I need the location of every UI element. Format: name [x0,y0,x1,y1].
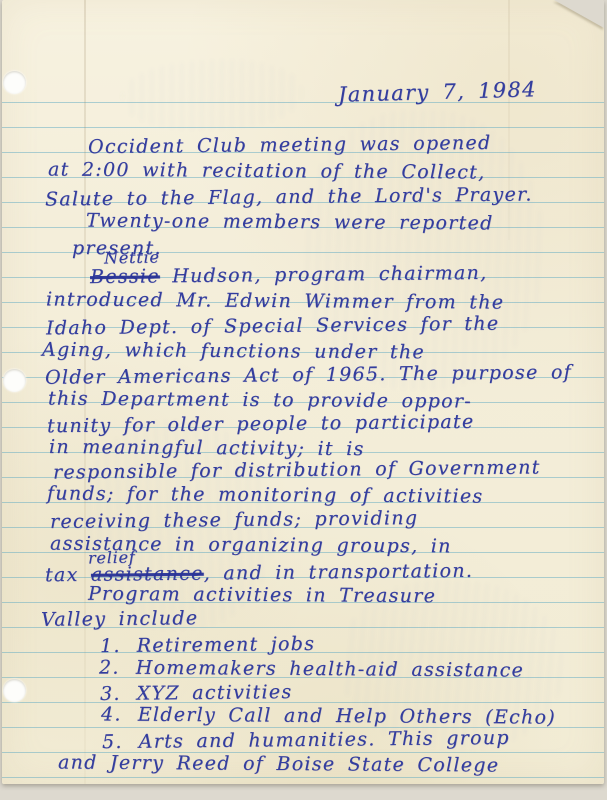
list-item: 1.Retirement jobs [100,633,315,657]
scanned-page: { "theme": { "ink": "#333d9e", "paper": … [0,0,607,800]
list-item-text: Retirement jobs [137,633,316,657]
handwriting-line: Twenty-one members were reported [86,210,494,235]
handwriting-line: Valley include [41,607,199,631]
list-item: 4.Elderly Call and Help Others (Echo) [101,703,556,728]
list-item-text: Arts and humanities. This group [139,727,510,753]
punch-hole [3,71,26,94]
handwriting-text: , and in transportation. [204,560,474,585]
handwriting-line: in meaningful activity; it is [49,436,365,460]
list-item-text: Homemakers health-aid assistance [136,657,525,682]
list-item-number: 3. [100,683,121,705]
list-item-number: 1. [100,635,121,657]
handwriting-line: receiving these funds; providing [50,507,418,533]
list-item: 5.Arts and humanities. This group [102,727,510,753]
struck-word: Bessie [90,265,160,288]
folded-corner [554,0,604,28]
handwriting-line: introduced Mr. Edwin Wimmer from the [46,288,504,313]
punch-hole [3,369,26,392]
handwriting-line: Program activities in Treasure [88,583,436,607]
list-item-text: XYZ activities [137,681,293,705]
notebook-paper: January 7, 1984 Occident Club meeting wa… [2,0,604,784]
handwriting-line: and Jerry Reed of Boise State College [58,751,500,776]
handwriting-line: funds; for the monitoring of activities [47,482,484,507]
list-item-number: 5. [102,731,123,753]
handwriting-line: Occident Club meeting was opened [88,132,492,158]
list-item: 3.XYZ activities [100,681,293,705]
handwriting-text: tax [45,564,91,586]
punch-hole [3,679,26,702]
list-item-number: 4. [101,703,122,725]
handwriting-line: Aging, which functions under the [42,339,425,364]
handwriting-text: Hudson, program chairman, [160,262,488,287]
handwriting-line: this Department is to provide oppor- [48,388,472,413]
list-item-number: 2. [99,657,120,679]
handwriting-line: tunity for older people to participate [47,411,475,437]
list-item: 2.Homemakers health-aid assistance [99,657,524,682]
handwriting-line-with-correction: Bessie Hudson, program chairman, [90,262,488,288]
handwriting-line: at 2:00 with recitation of the Collect, [48,158,486,183]
list-item-text: Elderly Call and Help Others (Echo) [138,704,556,729]
